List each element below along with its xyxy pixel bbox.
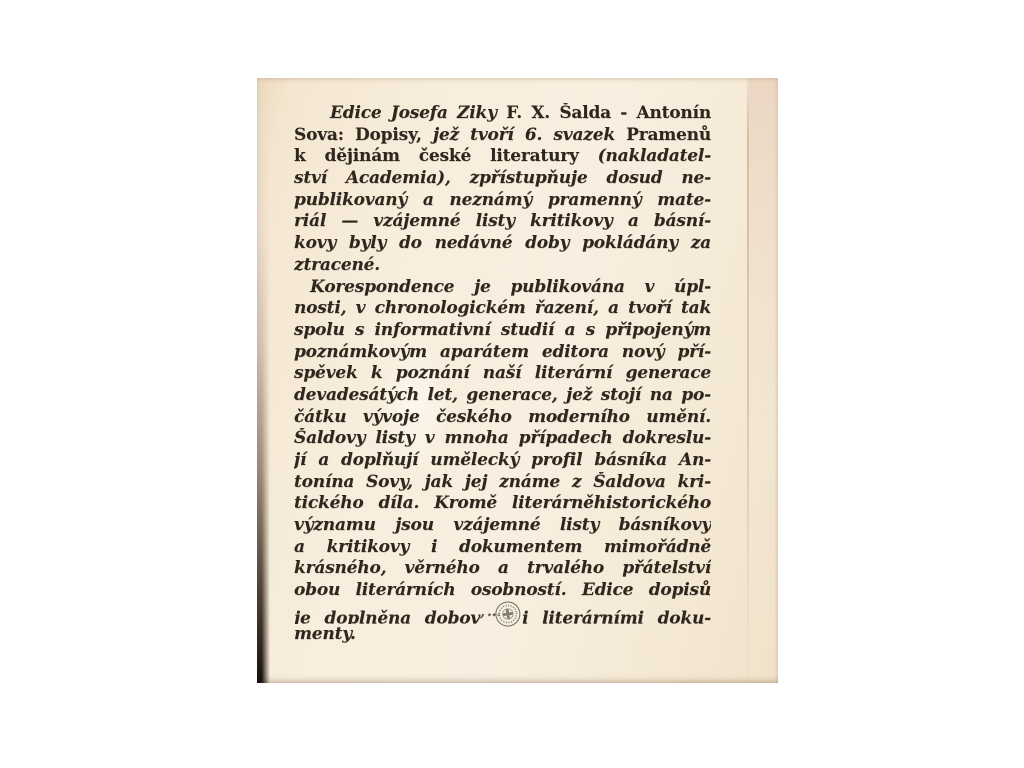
text-line: Sova: Dopisy, jež tvoří 6. svazek Pramen… <box>294 125 711 147</box>
text-line: k dějinám české literatury (nakladatel- <box>294 146 711 168</box>
text-segment-italic: spěvek k poznání naší literární generace <box>294 363 711 383</box>
text-line: tického díla. Kromě literárněhistorickéh… <box>294 493 711 515</box>
text-segment-italic: devadesátých let, generace, jež stojí na… <box>294 385 711 405</box>
text-line: publikovaný a neznámý pramenný mate- <box>294 190 711 212</box>
text-segment-italic: a kritikovy i dokumentem mimořádně <box>294 537 711 557</box>
text-segment-italic: riál — vzájemné listy kritikovy a básní- <box>294 211 711 231</box>
text-segment-italic: i literárními doku- <box>522 609 711 624</box>
text-segment-italic: jež tvoří 6. svazek <box>433 125 626 145</box>
text-segment-italic: obou literárních osobností. Edice dopisů <box>294 580 711 600</box>
text-line: poznámkovým aparátem editora nový pří- <box>294 342 711 364</box>
text-line: obou literárních osobností. Edice dopisů <box>294 580 711 602</box>
page-edge-band <box>749 78 778 683</box>
text-line: Šaldovy listy v mnoha případech dokreslu… <box>294 428 711 450</box>
text-line: významu jsou vzájemné listy básníkovy <box>294 515 711 537</box>
text-line: riál — vzájemné listy kritikovy a básní- <box>294 211 711 233</box>
text-segment-italic: čátku vývoje českého moderního umění. <box>294 407 711 427</box>
text-line: Edice Josefa Ziky F. X. Šalda - Antonín <box>294 103 711 125</box>
text-segment-italic: Edice Josefa Ziky <box>330 103 506 123</box>
scan-canvas: Edice Josefa Ziky F. X. Šalda - AntonínS… <box>0 0 1024 768</box>
text-line: Korespondence je publikována v úpl- <box>294 277 711 299</box>
text-segment-roman: Sova: Dopisy, <box>294 125 433 145</box>
text-segment-italic: je doplněna dobov <box>294 609 480 624</box>
text-line: krásného, věrného a trvalého přátelství <box>294 558 711 580</box>
text-line: a kritikovy i dokumentem mimořádně <box>294 537 711 559</box>
text-segment-italic: (nakladatel- <box>598 146 711 166</box>
text-segment-italic: publikovaný a neznámý pramenný mate- <box>294 190 711 210</box>
text-segment-italic: Šaldovy listy v mnoha případech dokreslu… <box>294 428 711 448</box>
text-line: spolu s informativní studií a s připojen… <box>294 320 711 342</box>
text-line: spěvek k poznání naší literární generace <box>294 363 711 385</box>
text-segment-italic: tického díla. Kromě literárněhistorickéh… <box>294 493 711 513</box>
text-segment-italic: jí a doplňují umělecký profil básníka An… <box>294 450 711 470</box>
text-segment-italic: významu jsou vzájemné listy básníkovy <box>294 515 711 535</box>
text-line: ztracené. <box>294 255 711 277</box>
text-segment-italic: poznámkovým aparátem editora nový pří- <box>294 342 711 362</box>
text-segment-roman: k dějinám české literatury <box>294 146 598 166</box>
text-line: čátku vývoje českého moderního umění. <box>294 407 711 429</box>
text-segment-roman: F. X. Šalda - Antonín <box>506 103 711 123</box>
text-segment-italic: tonína Sovy, jak jej známe z Šaldova kri… <box>294 472 711 492</box>
page-edge-crease <box>747 78 749 683</box>
page-spine-shadow <box>257 78 270 683</box>
text-segment-italic: menty. <box>294 624 356 644</box>
text-segment-italic: kovy byly do nedávné doby pokládány za <box>294 233 711 253</box>
text-line: tonína Sovy, jak jej známe z Šaldova kri… <box>294 472 711 494</box>
text-segment-italic: nosti, v chronologickém řazení, a tvoří … <box>294 298 711 318</box>
page-text-block: Edice Josefa Ziky F. X. Šalda - AntonínS… <box>294 103 711 645</box>
text-segment-italic: krásného, věrného a trvalého přátelství <box>294 558 711 578</box>
text-line: nosti, v chronologickém řazení, a tvoří … <box>294 298 711 320</box>
library-stamp-icon <box>490 598 526 632</box>
text-segment-roman: Pramenů <box>626 125 711 145</box>
text-line: jí a doplňují umělecký profil básníka An… <box>294 450 711 472</box>
text-line: ství Academia), zpřístupňuje dosud ne- <box>294 168 711 190</box>
text-line: devadesátých let, generace, jež stojí na… <box>294 385 711 407</box>
text-line: kovy byly do nedávné doby pokládány za <box>294 233 711 255</box>
text-segment-italic: spolu s informativní studií a s připojen… <box>294 320 711 340</box>
text-segment-italic: ztracené. <box>294 255 380 275</box>
text-segment-italic: ství Academia), zpřístupňuje dosud ne- <box>294 168 711 188</box>
text-segment-italic: Korespondence je publikována v úpl- <box>310 277 711 297</box>
